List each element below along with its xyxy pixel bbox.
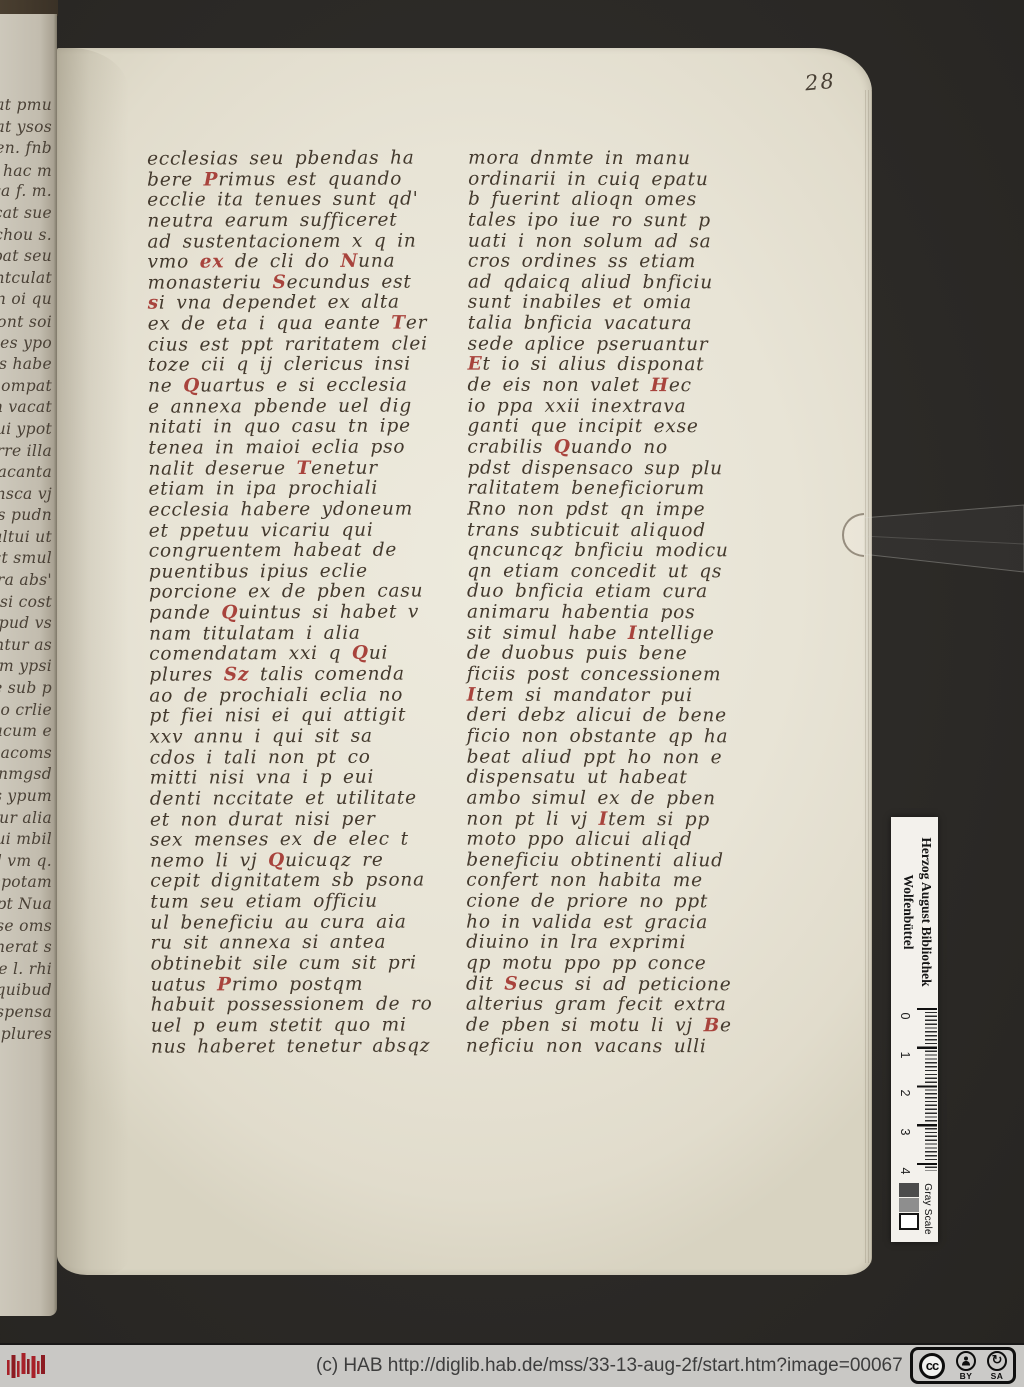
grayscale-label: Gray Scale [921,1182,933,1236]
by-label: BY [960,1371,973,1381]
manuscript-line: cros ordines ss etiam [468,251,786,272]
facing-page-line: s Walcont soi [0,312,52,334]
manuscript-line: nalit deserue Tenetur [148,457,460,479]
grayscale-swatch-dark [899,1183,919,1197]
facing-page-line: ul plures [0,1025,52,1047]
manuscript-line: ralitatem beneficiorum [467,478,785,499]
manuscript-line: sunt inabiles et omia [468,292,786,313]
facing-page-line: imetur alia [0,809,52,831]
folio-number: 28 [804,69,837,96]
manuscript-line: neficiu non vacans ulli [466,1035,784,1056]
manuscript-line: xxv annu i qui sit sa [150,725,462,747]
manuscript-line: ficio non obstante qp ha [467,726,785,747]
facing-page-line: patoces ypo [0,334,52,356]
facing-page-line: butrui mbil [0,830,52,852]
manuscript-line: b fuerint alioqn omes [468,189,786,210]
manuscript-line: qp motu ppo pp conce [466,953,784,974]
ruler-number: 3 [898,1125,912,1139]
manuscript-line: sex menses ex de elec t [150,828,462,850]
manuscript-line: ecclesia habere ydoneum [149,498,461,520]
facing-page-text: cat pmuppnat ysose pben. fnbEt de hac mm… [0,96,52,1046]
manuscript-line: si vna dependet ex alta [148,292,460,314]
facing-page-line: te msi cost [0,593,52,615]
manuscript-line: ecclesias seu pbendas ha [147,147,459,169]
facing-page-line: ad altui ut [0,528,52,550]
facing-page-line: cat pmu [0,96,52,118]
sa-label: SA [991,1371,1004,1381]
manuscript-line: moto ppo alicui aliqd [466,829,784,850]
manuscript-line: de pben si motu li vj Be [466,1014,784,1035]
manuscript-line: diuino in lra exprimi [466,932,784,953]
manuscript-line: ao de prochiali eclia no [149,684,461,706]
manuscript-line: ad sustentacionem x q in [147,230,459,252]
manuscript-line: Rno non pdst qn impe [467,498,785,519]
manuscript-line: cius est ppt raritatem clei [148,333,460,355]
reference-ruler: Herzog August Bibliothek Wolfenbüttel 01… [891,817,938,1242]
manuscript-line: ho in valida est gracia [466,911,784,932]
manuscript-line: nemo li vj Quicuqz re [150,849,462,871]
cc-by-block: BY [956,1351,976,1381]
manuscript-line: sit simul habe Intellige [467,622,785,643]
manuscript-line: de eis non valet Hec [468,375,786,396]
manuscript-line: cione de priore no ppt [466,891,784,912]
manuscript-line: duo bnficia etiam cura [467,581,785,602]
hab-logo-icon [6,1351,50,1383]
cc-license-badge: cc BY ↻ SA [910,1347,1016,1384]
manuscript-line: pt fiei nisi ei qui attigit [149,705,461,727]
manuscript-line: porcione ex de pben casu [149,581,461,603]
manuscript-line: tum seu etiam officiu [150,890,462,912]
facing-page-line: ilie de sub p [0,679,52,701]
facing-page-line: Et de hac m [0,161,52,183]
facing-page-line: llud vm q. [0,852,52,874]
facing-page-line: ta vacanta [0,463,52,485]
facing-page-line: et repotam [0,873,52,895]
manuscript-line: ad qdaicq aliud bnficiu [468,271,786,292]
manuscript-line: io ppa xxii inextrava [467,395,785,416]
manuscript-line: denti nccitate et utilitate [150,787,462,809]
manuscript-line: confert non habita me [466,870,784,891]
manuscript-line: tales ipo iue ro sunt p [468,210,786,231]
facing-page-line: m e illo crlie [0,701,52,723]
manuscript-line: beneficiu obtinenti aliud [466,849,784,870]
manuscript-line: nitati in quo casu tn ipe [148,416,460,438]
manuscript-line: neutra earum sufficeret [147,209,459,231]
facing-page-line: uie venerat s [0,938,52,960]
facing-page-line: impasse oms [0,917,52,939]
manuscript-line: mitti nisi vna i p eui [150,767,462,789]
manuscript-line: crabilis Quando no [467,437,785,458]
manuscript-line: nus haberet tenetur absqz [151,1035,463,1057]
cc-logo-text: cc [926,1358,938,1373]
facing-page-line: fno q ompat [0,377,52,399]
by-person-icon [956,1351,976,1371]
facing-page-line: msca f. m. [0,182,52,204]
manuscript-line: trans subticuit aliquod [467,519,785,540]
manuscript-line: mora dnmte in manu [468,148,786,169]
grayscale-swatch-mid [899,1198,919,1212]
manuscript-line: ul beneficiu au cura aia [150,911,462,933]
manuscript-line: nam titulatam i alia [149,622,461,644]
manuscript-line: vmo ex de cli do Nuna [147,251,459,273]
manuscript-line: cepit dignitatem sb psona [150,870,462,892]
manuscript-line: ambo simul ex de pben [466,787,784,808]
facing-page-line: sden oi qu [0,290,52,312]
facing-page-line: in tempud vs [0,614,52,636]
manuscript-line: uatus Primo postqm [151,973,463,995]
facing-page-line: es m quibud [0,981,52,1003]
manuscript-line: pdst dispensaco sup plu [467,457,785,478]
facing-page-line: ot ius habe [0,355,52,377]
facing-page-line: ypt Nua [0,895,52,917]
manuscript-line: et non durat nisi per [150,808,462,830]
manuscript-line: ecclie ita tenues sunt qd' [147,189,459,211]
manuscript-line: ru sit annexa si antea [150,932,462,954]
manuscript-line: e annexa pbende uel dig [148,395,460,417]
screenshot: cat pmuppnat ysose pben. fnbEt de hac mm… [0,0,1024,1387]
facing-page-line: caraone l. rhi [0,960,52,982]
manuscript-photograph: cat pmuppnat ysose pben. fnbEt de hac mm… [0,0,1024,1343]
facing-page-line: t confirre illa [0,442,52,464]
manuscript-line: ficiis post concessionem [467,664,785,685]
facing-page-line: nlatem ypsi [0,657,52,679]
cc-logo-icon: cc [919,1353,945,1379]
manuscript-line: obtinebit sile cum sit pri [151,952,463,974]
ruler-number: 0 [898,1009,912,1023]
manuscript-line: beat aliud ppt ho non e [467,746,785,767]
manuscript-line: Item si mandator pui [467,684,785,705]
manuscript-line: deri debz alicui de bene [467,705,785,726]
ruler-number: 2 [898,1086,912,1100]
facing-page-line: noe mtculat [0,269,52,291]
ruler-number: 1 [898,1048,912,1062]
facing-page-line: ompat seu [0,247,52,269]
facing-page-line: oi qui ypot [0,420,52,442]
manuscript-line: etiam in ipa prochiali [148,478,460,500]
facing-page-edge: cat pmuppnat ysose pben. fnbEt de hac mm… [0,14,57,1316]
manuscript-line: non pt li vj Item si pp [466,808,784,829]
manuscript-line: plures Sz talis comenda [149,663,461,685]
facing-page-line: vacat sue [0,204,52,226]
text-column-right: mora dnmte in manuordinarii in cuiq epat… [466,148,786,1057]
facing-page-line: tre msca vj [0,485,52,507]
facing-page-line: encon vacat [0,398,52,420]
manuscript-line: dit Secus si ad peticione [466,973,784,994]
ruler-numbers: 01234 [891,817,938,1242]
facing-page-line: e pben. fnb [0,139,52,161]
manuscript-line: congruentem habeat de [149,539,461,561]
manuscript-line: qncuncqz bnficiu modicu [467,540,785,561]
manuscript-line: pande Quintus si habet v [149,601,461,623]
manuscript-line: cdos i tali non pt co [150,746,462,768]
facing-page-line: quacum e [0,722,52,744]
manuscript-line: comendatam xxi q Qui [149,643,461,665]
facing-page-line: ppnat ysos [0,118,52,140]
manuscript-line: ordinarii in cuiq epatu [468,168,786,189]
facing-page-line: a pera abs' [0,571,52,593]
manuscript-line: et ppetuu vicariu qui [149,519,461,541]
facing-page-line: bonchou s. [0,226,52,248]
copyright-bar: (c) HAB http://diglib.hab.de/mss/33-13-a… [0,1343,1024,1387]
manuscript-line: de duobus puis bene [467,643,785,664]
facing-page-line: pns pudn [0,506,52,528]
manuscript-page: 28 ecclesias seu pbendas habere Primus e… [57,48,872,1275]
manuscript-line: talia bnficia vacatura [468,313,786,334]
facing-page-line: a quonmgsd [0,765,52,787]
manuscript-line: tenea in maioi eclia pso [148,436,460,458]
facing-page-line: i s ypum [0,787,52,809]
page-holder-clip-icon [822,492,1024,584]
manuscript-line: habuit possessionem de ro [151,994,463,1016]
manuscript-line: sede aplice pseruantur [468,333,786,354]
manuscript-line: ex de eta i qua eante Ter [148,312,460,334]
ruler-number: 4 [898,1164,912,1178]
manuscript-line: monasteriu Secundus est [148,271,460,293]
facing-page-line: e rentur as [0,636,52,658]
manuscript-line: animaru habentia pos [467,602,785,623]
sa-arrow-icon: ↻ [987,1351,1007,1371]
manuscript-line: ganti que incipit exse [467,416,785,437]
manuscript-line: dispensatu ut habeat [467,767,785,788]
manuscript-line: puentibus ipius eclie [149,560,461,582]
manuscript-line: bere Primus est quando [147,168,459,190]
copyright-text: (c) HAB http://diglib.hab.de/mss/33-13-a… [316,1345,876,1387]
manuscript-line: toze cii q ij clericus insi [148,354,460,376]
manuscript-line: alterius gram fecit extra [466,994,784,1015]
manuscript-line: Et io si alius disponat [468,354,786,375]
text-column-left: ecclesias seu pbendas habere Primus est … [147,147,463,1057]
manuscript-line: qn etiam concedit ut qs [467,560,785,581]
manuscript-line: ne Quartus e si ecclesia [148,374,460,396]
cc-sa-block: ↻ SA [987,1351,1007,1381]
grayscale-swatch-white [899,1213,919,1230]
manuscript-line: uel p eum stetit quo mi [151,1014,463,1036]
facing-page-line: ss dispensa [0,1003,52,1025]
facing-page-line: on est smul [0,549,52,571]
facing-page-line: a vacacoms [0,744,52,766]
manuscript-line: uati i non solum ad sa [468,230,786,251]
